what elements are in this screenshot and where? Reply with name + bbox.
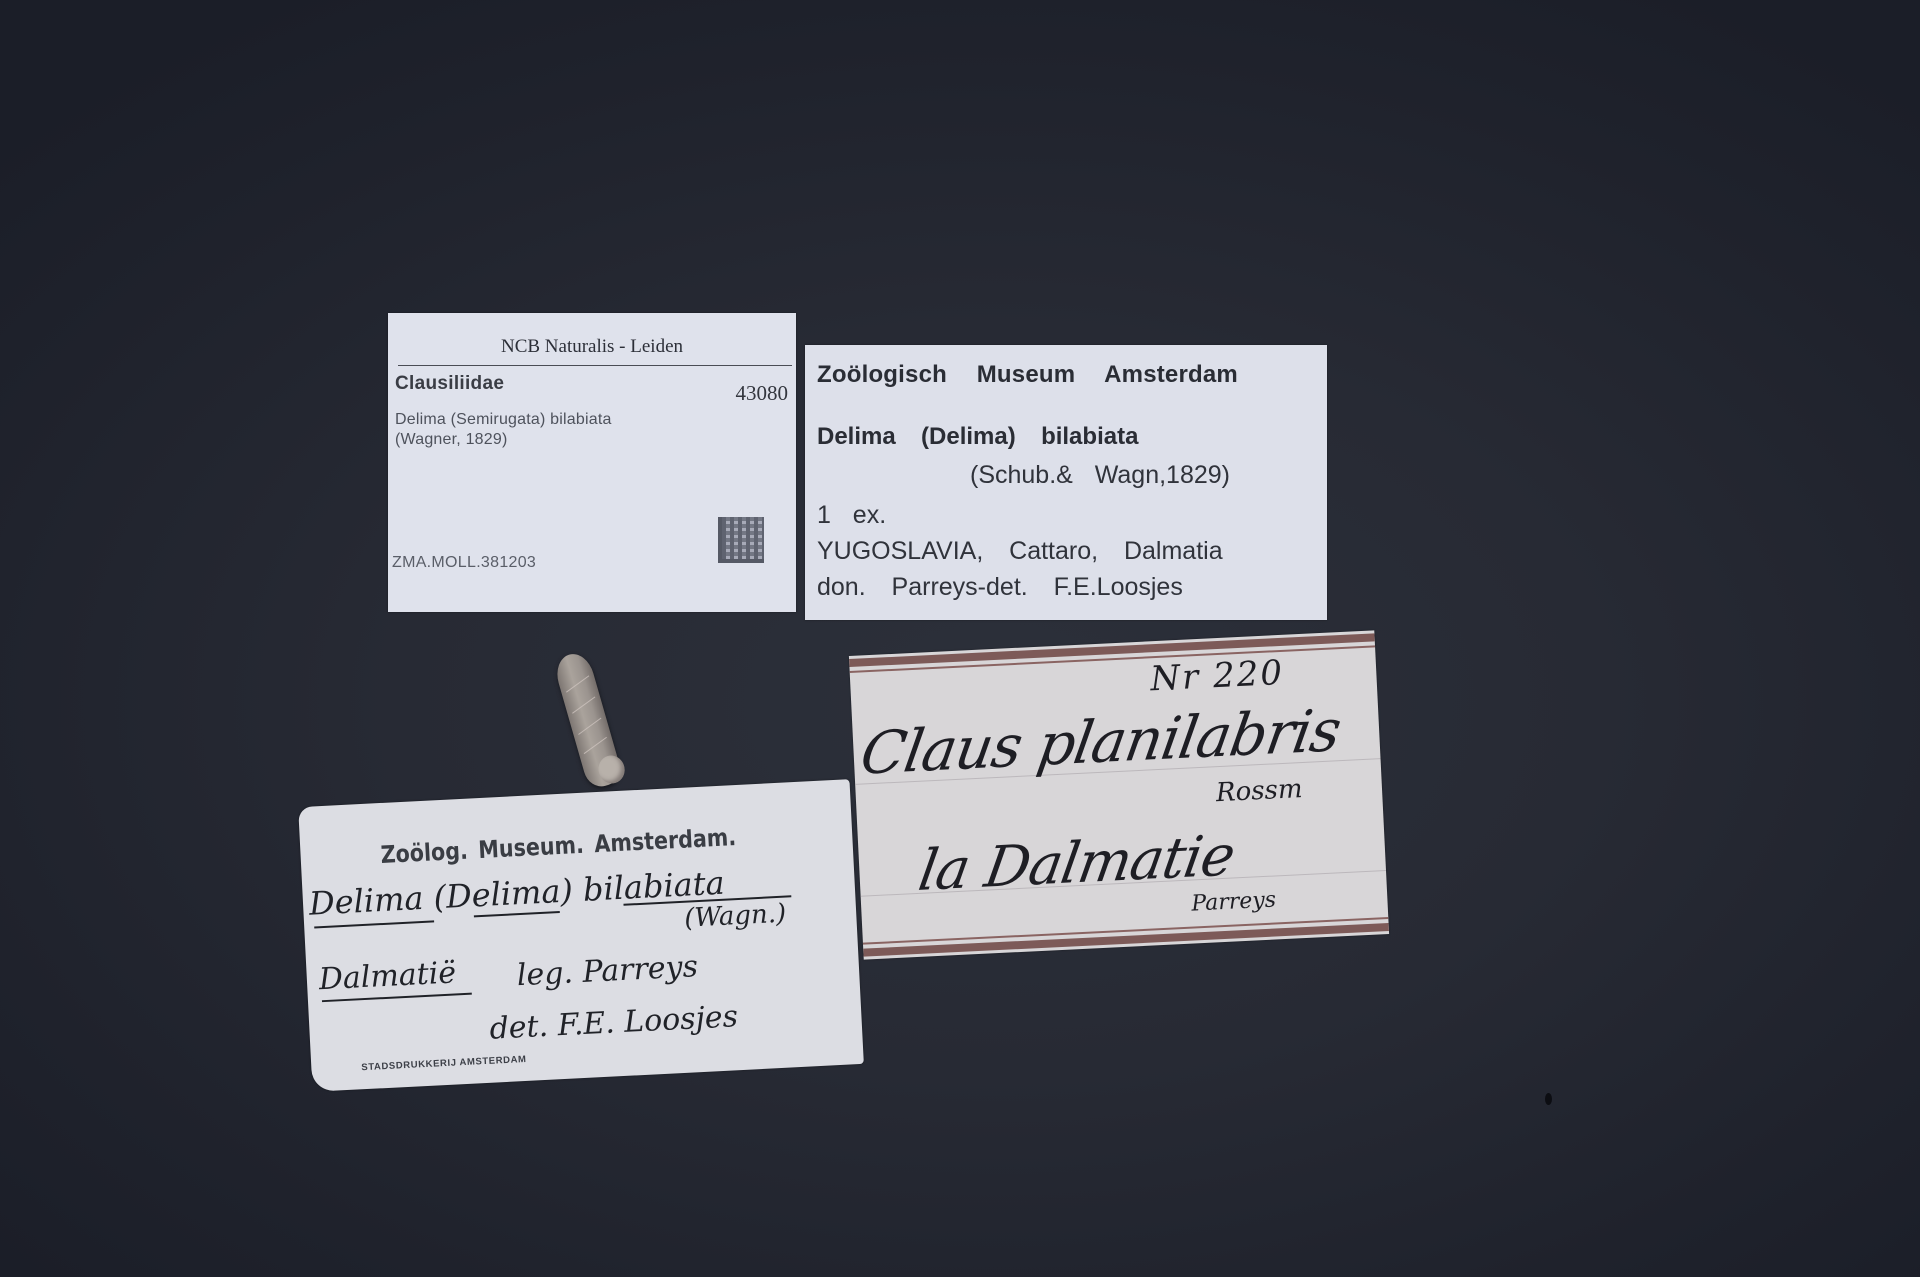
species-authority: (Wagn.): [684, 899, 787, 934]
taxon-line-1: Delima (Semirugata) bilabiata: [395, 410, 612, 430]
shell-whorl: [578, 718, 601, 735]
determiner: det. F.E. Loosjes: [489, 999, 739, 1047]
collector: Parreys: [1191, 887, 1277, 916]
ncb-naturalis-label: NCB Naturalis - Leiden Clausiliidae 4308…: [388, 313, 796, 612]
datamatrix-code-icon: [718, 517, 764, 563]
underline: [314, 920, 434, 928]
shell-whorl: [566, 675, 589, 692]
divider: [398, 365, 792, 366]
catalog-number: ZMA.MOLL.381203: [392, 554, 536, 572]
dust-speck: [1545, 1093, 1552, 1105]
collector: leg. Parreys: [516, 949, 699, 993]
species-name: Delima (Delima) bilabiata: [817, 423, 1138, 451]
shell-whorl: [584, 737, 607, 754]
donor-determiner: don. Parreys-det. F.E.Loosjes: [817, 573, 1183, 602]
snail-shell-specimen: [552, 650, 624, 791]
family-name: Clausiliidae: [395, 373, 504, 395]
locality: YUGOSLAVIA, Cattaro, Dalmatia: [817, 537, 1223, 566]
species-name: Claus planilabris: [856, 696, 1345, 788]
zma-old-label: Zoölog. Museum. Amsterdam. Delima (Delim…: [298, 779, 864, 1092]
taxon-line-2: (Wagner, 1829): [395, 430, 612, 450]
shell-whorl: [572, 696, 595, 713]
taxon-name: Delima (Semirugata) bilabiata (Wagner, 1…: [395, 410, 612, 450]
museum-header: Zoölog. Museum. Amsterdam.: [380, 823, 737, 869]
registration-number: 43080: [736, 381, 789, 406]
handwritten-old-label: Nr 220 Claus planilabris Rossm la Dalmat…: [849, 630, 1389, 959]
museum-header: Zoölogisch Museum Amsterdam: [817, 361, 1238, 389]
printer-imprint: STADSDRUKKERIJ AMSTERDAM: [361, 1054, 527, 1073]
label-number: Nr 220: [1149, 653, 1285, 699]
zma-printed-label: Zoölogisch Museum Amsterdam Delima (Deli…: [805, 345, 1327, 620]
species-authority: (Schub.& Wagn,1829): [970, 461, 1230, 490]
species-authority: Rossm: [1215, 774, 1303, 808]
institution-name: NCB Naturalis - Leiden: [388, 336, 796, 358]
locality: Dalmatië: [318, 955, 457, 997]
specimen-count: 1 ex.: [817, 501, 886, 530]
